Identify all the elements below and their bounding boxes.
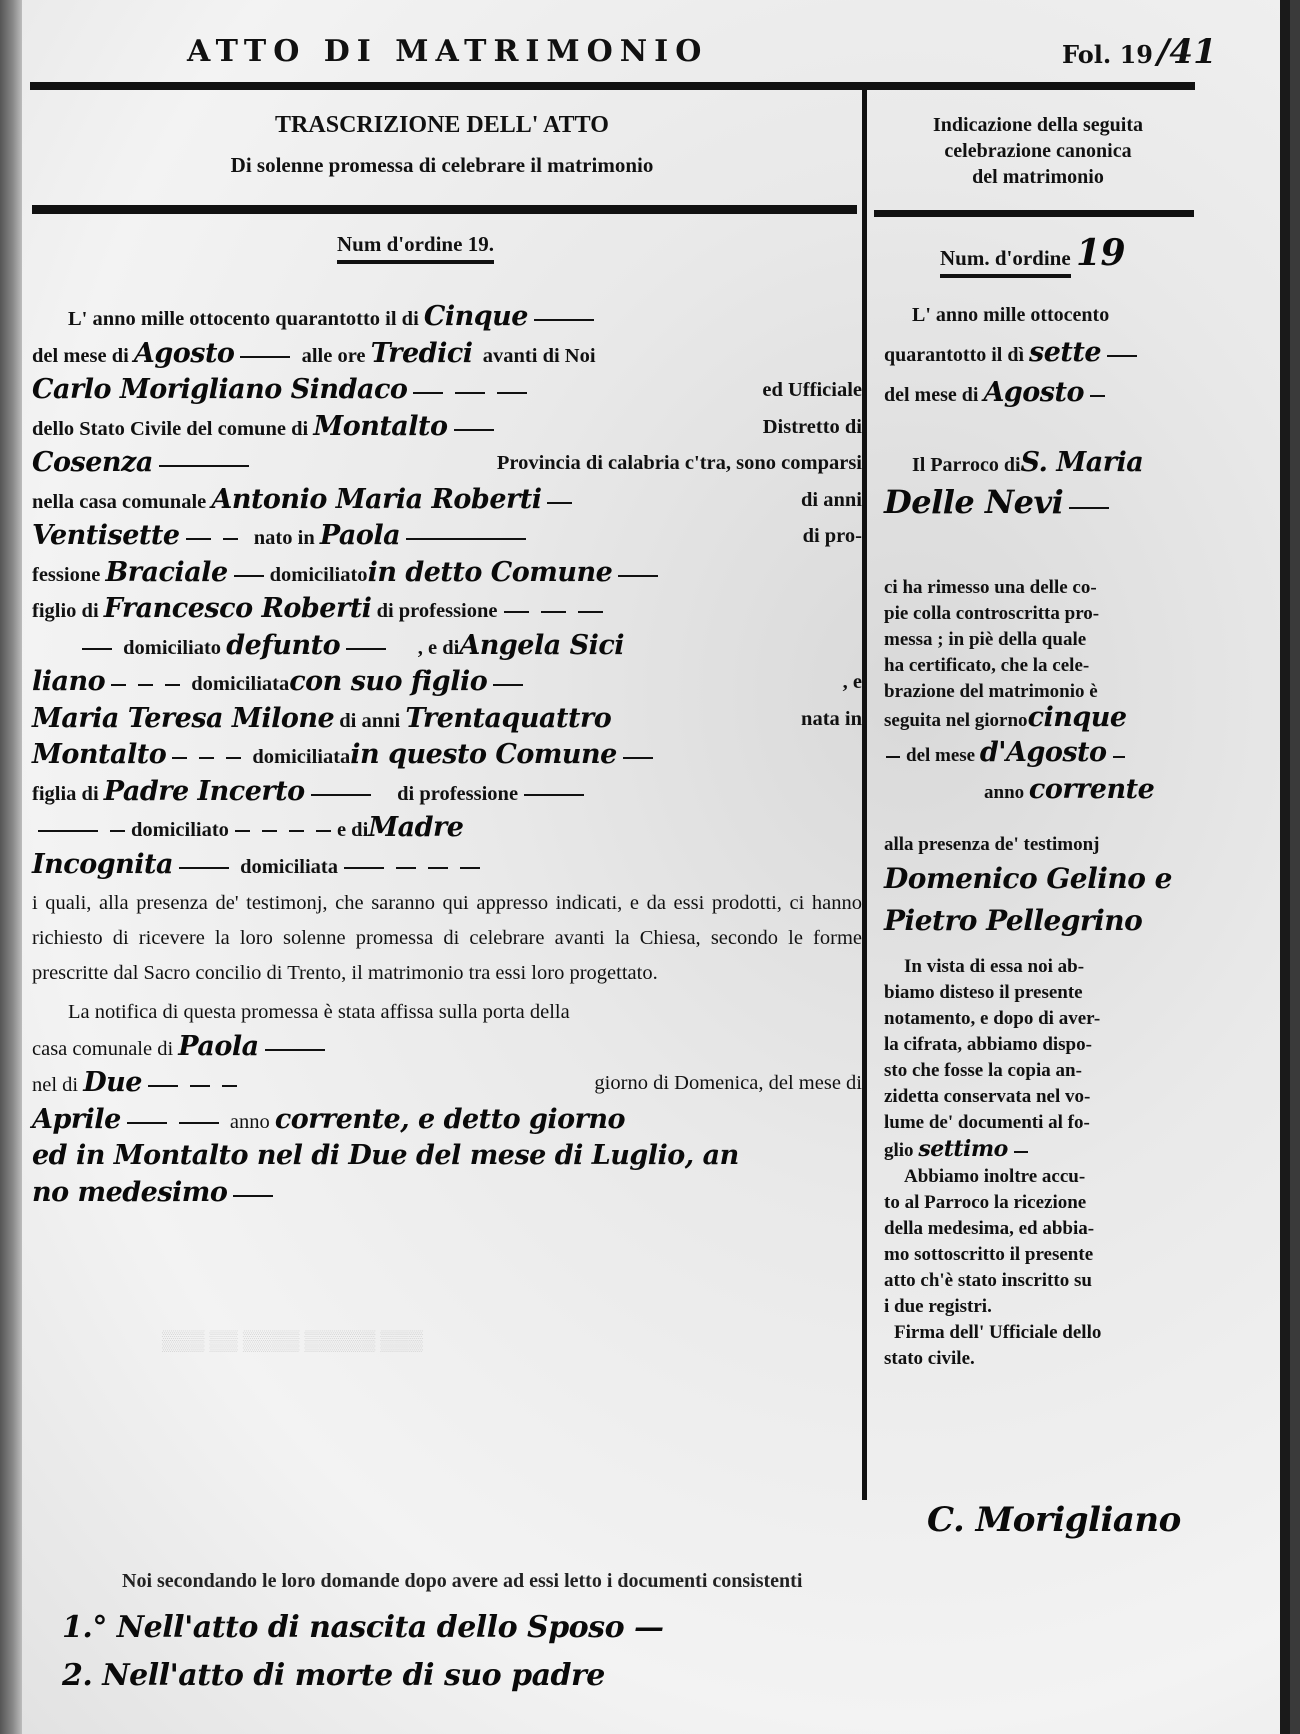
form-line: domiciliato defunto , e diAngela Sici	[32, 629, 862, 666]
officer-signature: C. Morigliano	[927, 1500, 1181, 1540]
vista-block: In vista di essa noi ab- biamo disteso i…	[884, 954, 1214, 1372]
right-title-line: celebrazione canonica	[878, 138, 1198, 164]
notifica-line: Aprile anno corrente, e detto giorno	[32, 1103, 862, 1140]
right-line: atto ch'è stato inscritto su	[884, 1268, 1214, 1294]
scan-left-edge	[0, 0, 22, 1734]
num-ordine-handwritten: 19	[1076, 232, 1125, 274]
form-line: nella casa comunale Antonio Maria Robert…	[32, 483, 862, 520]
notifica-line: nel di Duegiorno di Domenica, del mese d…	[32, 1066, 862, 1103]
right-line: to al Parroco la ricezione	[884, 1190, 1214, 1216]
form-line: figlio di Francesco Roberti di professio…	[32, 592, 862, 629]
num-ordine-label: Num d'ordine	[337, 232, 462, 256]
folio-number: Fol. 19/41	[1062, 32, 1217, 72]
right-line: alla presenza de' testimonj	[884, 832, 1214, 858]
right-title-line: Indicazione della seguita	[878, 112, 1198, 138]
right-line: L' anno mille ottocento	[884, 300, 1214, 331]
form-line: figlia di Padre Incerto di professione	[32, 775, 862, 812]
right-line: Firma dell' Ufficiale dello	[884, 1320, 1214, 1346]
right-line: Delle Nevi	[884, 487, 1214, 523]
left-subtitle: Di solenne promessa di celebrare il matr…	[102, 153, 782, 178]
folio-print: 19	[1120, 40, 1153, 69]
num-ordine-value: 19.	[468, 232, 494, 256]
right-line: pie colla controscritta pro-	[884, 601, 1214, 627]
right-line: della medesima, ed abbia-	[884, 1216, 1214, 1242]
promise-paragraph: i quali, alla presenza de' testimonj, ch…	[32, 886, 862, 991]
page-title: ATTO DI MATRIMONIO	[187, 34, 708, 69]
left-num-ordine: Num d'ordine 19.	[337, 232, 494, 257]
right-line: ha certificato, che la cele-	[884, 653, 1214, 679]
right-body: L' anno mille ottocento quarantotto il d…	[884, 300, 1214, 1372]
right-line: stato civile.	[884, 1346, 1214, 1372]
notifica-line: La notifica di questa promessa è stata a…	[32, 995, 862, 1030]
footer-statement: Noi secondando le loro domande dopo aver…	[122, 1570, 802, 1593]
right-line: glio settimo	[884, 1136, 1214, 1164]
right-line: anno corrente	[884, 777, 1214, 806]
right-line: Il Parroco diS. Maria	[884, 447, 1214, 481]
right-section-title: Indicazione della seguita celebrazione c…	[878, 112, 1198, 190]
notifica-line: no medesimo	[32, 1176, 862, 1213]
right-line: i due registri.	[884, 1294, 1214, 1320]
right-line: ci ha rimesso una delle co-	[884, 575, 1214, 601]
document-page: ATTO DI MATRIMONIO Fol. 19/41 TRASCRIZIO…	[22, 0, 1290, 1734]
right-line: del mese d'Agosto	[884, 740, 1214, 769]
form-line: Ventisette nato in Paoladi pro-	[32, 519, 862, 556]
witness-1: Domenico Gelino e	[884, 858, 1214, 900]
form-line: Incognita domiciliata	[32, 848, 862, 885]
rimesso-block: ci ha rimesso una delle co- pie colla co…	[884, 575, 1214, 806]
scan-right-edge	[1280, 0, 1290, 1734]
top-rule	[30, 82, 1195, 90]
form-line: fessione Bracialedomiciliatoin detto Com…	[32, 556, 862, 593]
bleed-through-text: ▒▒▒ ▒▒ ▒▒▒▒ ▒▒▒▒▒ ▒▒▒	[162, 1330, 423, 1353]
footer-document-2: 2. Nell'atto di morte di suo padre	[62, 1658, 605, 1693]
right-line: lume de' documenti al fo-	[884, 1110, 1214, 1136]
right-line: zidetta conservata nel vo-	[884, 1084, 1214, 1110]
column-divider	[862, 90, 867, 1500]
form-line: Carlo Morigliano Sindaco ed Ufficiale	[32, 373, 862, 410]
notifica-line: casa comunale di Paola	[32, 1030, 862, 1067]
right-line: messa ; in piè della quale	[884, 627, 1214, 653]
right-line: del mese di Agosto	[884, 377, 1214, 411]
right-line: la cifrata, abbiamo dispo-	[884, 1032, 1214, 1058]
folio-handwritten: /41	[1157, 32, 1217, 72]
right-num-ordine: Num. d'ordine 19	[940, 232, 1125, 274]
right-line: mo sottoscritto il presente	[884, 1242, 1214, 1268]
form-line: Montalto domiciliatain questo Comune	[32, 738, 862, 775]
right-line: In vista di essa noi ab-	[884, 954, 1214, 980]
right-line: notamento, e dopo di aver-	[884, 1006, 1214, 1032]
right-line: Abbiamo inoltre accu-	[884, 1164, 1214, 1190]
form-line: L' anno mille ottocento quarantotto il d…	[32, 300, 862, 337]
right-line: seguita nel giornocinque	[884, 705, 1214, 734]
form-line: Maria Teresa Milone di anni Trentaquattr…	[32, 702, 862, 739]
form-line: dello Stato Civile del comune di Montalt…	[32, 410, 862, 447]
num-ordine-label: Num. d'ordine	[940, 246, 1071, 278]
left-title: TRASCRIZIONE DELL' ATTO	[102, 112, 782, 139]
left-section-title: TRASCRIZIONE DELL' ATTO Di solenne prome…	[102, 112, 782, 178]
form-line: domiciliatoe diMadre	[32, 811, 862, 848]
right-title-line: del matrimonio	[878, 164, 1198, 190]
right-line: quarantotto il dì sette	[884, 337, 1214, 371]
form-line: CosenzaProvincia di calabria c'tra, sono…	[32, 446, 862, 483]
form-line: del mese di Agosto alle ore Tredici avan…	[32, 337, 862, 374]
folio-label: Fol.	[1062, 40, 1111, 69]
right-line: biamo disteso il presente	[884, 980, 1214, 1006]
right-line: sto che fosse la copia an-	[884, 1058, 1214, 1084]
left-header-rule	[32, 205, 857, 214]
left-body: L' anno mille ottocento quarantotto il d…	[32, 300, 862, 1212]
footer-document-1: 1.° Nell'atto di nascita dello Sposo —	[62, 1610, 664, 1645]
right-header-rule	[874, 210, 1194, 217]
witness-2: Pietro Pellegrino	[884, 900, 1214, 942]
form-line: liano domiciliatacon suo figlio, e	[32, 665, 862, 702]
notifica-line: ed in Montalto nel di Due del mese di Lu…	[32, 1139, 862, 1176]
testimoni-block: alla presenza de' testimonj Domenico Gel…	[884, 832, 1214, 942]
